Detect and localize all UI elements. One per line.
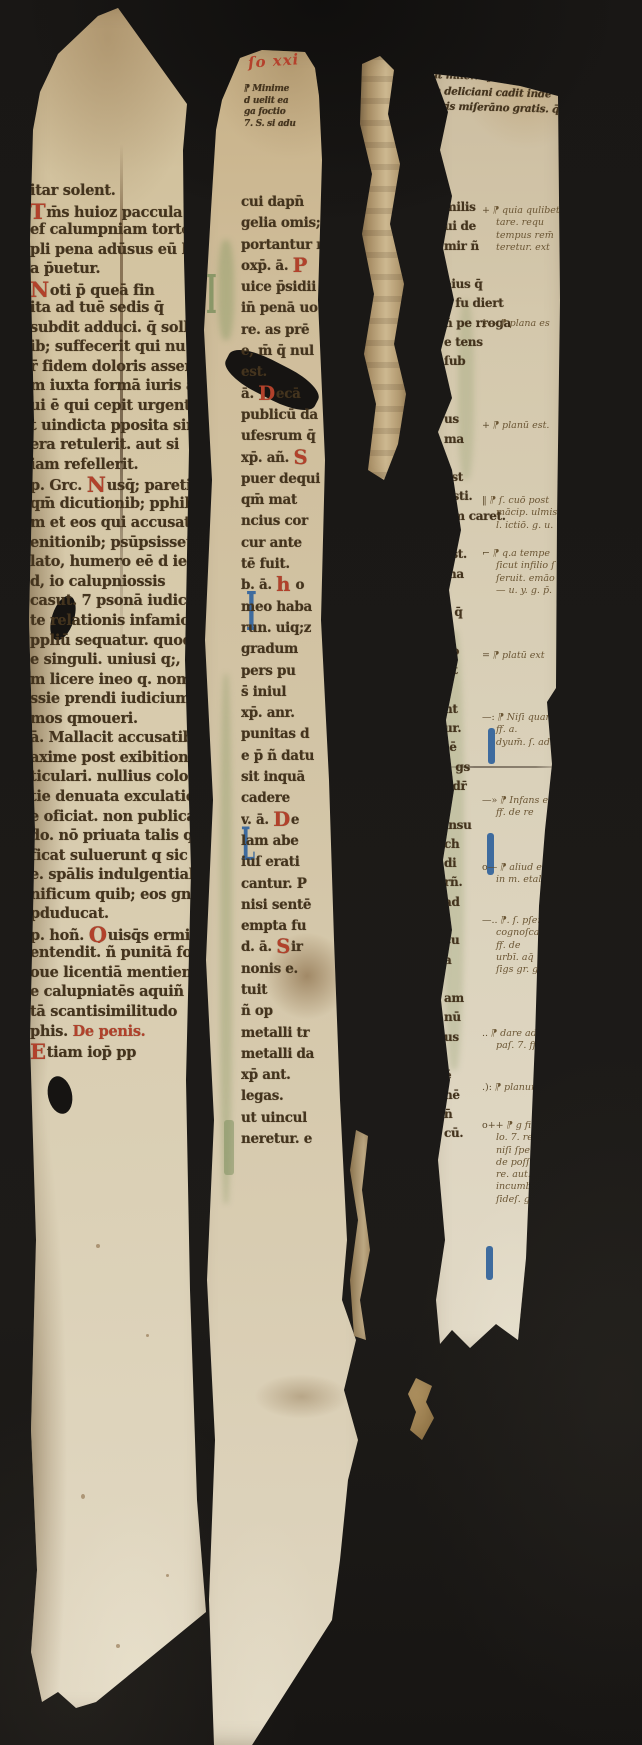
text-line: re. as prē <box>241 320 359 341</box>
red-initial: D <box>258 384 275 405</box>
gloss-text: — u. y. g. p̄. <box>496 585 552 596</box>
text-line: xp̄. anr. <box>241 703 359 724</box>
marginal-gloss: —..⁋. ſ. pſero p̄cognoſcat. a.ff. deurbī… <box>482 915 572 976</box>
gloss-tie-mark: o++ <box>482 1120 504 1131</box>
gloss-line: —:⁋ Niſi quarere <box>482 712 572 724</box>
text-line: ⁋ Minime <box>244 84 336 96</box>
text-line: pers pu <box>241 661 359 682</box>
text-line: pli pena adūsus eū lega <box>30 240 198 260</box>
gloss-line: ff. de <box>482 940 572 952</box>
illuminated-initial-green: I <box>206 268 217 321</box>
ink-text: xp̄. añ. <box>241 450 293 466</box>
tear-hole <box>44 1074 75 1116</box>
left-text-column: itar solent.Tm̄s huioz pacculaef calumpn… <box>30 181 198 1061</box>
text-line: oue licentiā mentien <box>30 963 198 983</box>
gloss-text: ⁋ Niſi quarere <box>498 712 566 723</box>
gloss-line: —»⁋ Infans eui <box>482 795 572 807</box>
text-line: neretur. e <box>241 1129 359 1150</box>
ink-text: b. ā. <box>241 577 276 593</box>
gloss-text: ⁋ planū est. <box>493 420 549 431</box>
marginal-gloss: o—⁋ aliud extrain m. etallum <box>482 862 572 887</box>
marginal-gloss: ‖⁋ ſ. cuō postmācip. ulmisl. ictiō. g. u… <box>482 495 572 532</box>
gloss-line: .):⁋ planum e <box>482 1082 572 1094</box>
faded-stain <box>254 1374 349 1419</box>
text-fragment: ā gs <box>444 758 516 777</box>
gloss-text: incumbuſd: <box>496 1181 551 1192</box>
gloss-tie-mark: o— <box>482 862 497 873</box>
gloss-text: ⁋ dare ade <box>491 1028 542 1039</box>
gloss-text: teretur. ext <box>496 242 550 253</box>
ink-text: ir <box>291 939 303 955</box>
text-line: puer dequi <box>241 469 359 490</box>
gloss-text: ⁋ platū ext <box>493 650 545 661</box>
text-line: qm̄ mat <box>241 490 359 511</box>
gloss-text: ⁋ Infans eui <box>500 795 557 806</box>
text-line: run. uiq;z <box>241 618 359 639</box>
gloss-line: niſi ſpecialit <box>482 1145 572 1157</box>
text-line: e calupniatēs aquiñ <box>30 982 198 1002</box>
text-line: tuit <box>241 980 359 1001</box>
text-line: casut. 7 psonā iudicio <box>30 591 198 611</box>
text-line: cui dapn̄ <box>241 192 359 213</box>
text-line: entendit. ñ punitā for <box>30 943 198 963</box>
ink-text: tiam iop̄ pp <box>47 1044 136 1061</box>
text-line: nonis e. <box>241 959 359 980</box>
text-fragment: ut <box>444 661 516 680</box>
gloss-tie-mark: + <box>482 420 490 431</box>
text-fragment: ad <box>444 893 516 912</box>
text-line: mos qmoueri. <box>30 709 198 729</box>
gloss-text: ⁋ quia qulibet <box>493 205 560 216</box>
gloss-text: paſ. 7. ff. <box>496 1040 539 1051</box>
text-fragment <box>444 449 516 468</box>
text-line: ncius cor <box>241 511 359 532</box>
folio-number: ſo xxi <box>247 50 299 72</box>
gloss-line: ſeruit. emāo <box>482 573 572 585</box>
text-line: ut uincul <box>241 1108 359 1129</box>
text-fragment: e tens <box>444 333 516 352</box>
gloss-tie-mark: ‖ <box>482 495 487 506</box>
red-initial: E <box>30 1041 46 1061</box>
marginal-gloss: —»⁋ Infans euiff. de re <box>482 795 572 820</box>
text-line: xp̄. añ. S <box>241 448 359 469</box>
gloss-line: ..⁋ dare ade <box>482 1028 572 1040</box>
text-line: sit inquā <box>241 767 359 788</box>
text-line: d, io calupniossis <box>30 572 198 592</box>
text-line: phis. De penis. <box>30 1022 198 1042</box>
gloss-text: ⁋ q.a tempe <box>493 548 550 559</box>
ink-text: oti p̄ queā fin <box>50 282 155 299</box>
gloss-line: +⁋ planū est. <box>482 420 572 432</box>
gloss-line: incumbuſd: <box>482 1181 572 1193</box>
text-line: subdit adduci. q̄ soll <box>30 318 198 338</box>
text-line: ficat suluerunt q sic <box>30 846 198 866</box>
marginal-gloss: =⁋ platū ext <box>482 650 572 662</box>
text-line: portantur ni <box>241 235 359 256</box>
gloss-tie-mark: + <box>482 205 490 216</box>
text-line: uice p̄sidii t <box>241 277 359 298</box>
foxing-spot <box>166 1574 169 1577</box>
foxing-spot <box>116 1644 120 1648</box>
text-line: tie denuata exculatio <box>30 787 198 807</box>
text-fragment <box>444 391 516 410</box>
text-line: e oficiat. non publica <box>30 807 198 827</box>
gloss-line: +⁋ quia qulibet <box>482 205 572 217</box>
gloss-tie-mark: .. <box>482 1028 488 1039</box>
gloss-line: dyum̄. ſ. adit <box>482 737 572 749</box>
gloss-text: ſigs gr. g. <box>496 964 541 975</box>
gloss-text: ſicut infilio ſ <box>496 560 555 571</box>
text-line: era retulerit. aut si <box>30 435 198 455</box>
gloss-text: ſeruit. emāo <box>496 573 555 584</box>
foxing-spot <box>96 1244 100 1248</box>
gloss-text: ſideſ. g aliq̄ <box>496 1194 551 1205</box>
ink-text: ecā <box>276 386 301 402</box>
text-line: e singuli. uniusi q;, co <box>30 650 198 670</box>
gloss-text: ff. de <box>496 940 520 951</box>
text-line: ga foctio <box>244 107 336 119</box>
text-line: p. Grc. Nusq̄; pareti <box>30 474 198 494</box>
text-fragment: ndr̄ <box>444 777 516 796</box>
gloss-line: ſideſ. g aliq̄ <box>482 1194 572 1206</box>
gloss-line: o++⁋ g fieri noñ <box>482 1120 572 1132</box>
text-line: pduducat. <box>30 904 198 924</box>
gloss-line: in m. etallum <box>482 874 572 886</box>
text-line: xp̄ ant. <box>241 1065 359 1086</box>
red-initial: N <box>87 474 106 494</box>
green-paraph-mark <box>224 1120 234 1175</box>
marginal-gloss: .):⁋ planum e <box>482 1082 572 1094</box>
text-line: empta fu <box>241 916 359 937</box>
gloss-tie-mark: }— <box>482 318 498 329</box>
red-initial: P <box>293 256 307 277</box>
gloss-tie-mark: —: <box>482 712 495 723</box>
ink-text: ā. <box>241 386 258 402</box>
text-fragment: nū <box>444 1008 516 1027</box>
parchment-flap <box>354 54 412 484</box>
text-fragment: eius q̄ <box>444 275 516 294</box>
text-fragment <box>444 623 516 642</box>
gloss-text: ⁋ g fieri noñ <box>507 1120 566 1131</box>
text-line: e. spālis indulgential <box>30 865 198 885</box>
text-line: do. nō priuata talis q <box>30 826 198 846</box>
green-wash <box>218 240 234 340</box>
text-line: ufesrum q̄ <box>241 426 359 447</box>
red-initial: N <box>30 279 49 299</box>
ink-text: v. ā. <box>241 812 273 828</box>
gloss-line: tare. requ <box>482 217 572 229</box>
text-line: d. ā. Sir <box>241 937 359 958</box>
ink-text: o <box>291 577 304 593</box>
gloss-text: ff. a. <box>496 724 517 735</box>
text-line: axime post exibitione <box>30 748 198 768</box>
gloss-text: niſi ſpecialit <box>496 1145 554 1156</box>
parchment-strip-right: nt mlier. xy. nan dm̄ deliciani cadit in… <box>428 60 568 1355</box>
gloss-line: ⌐⁋ q.a tempe <box>482 548 572 560</box>
text-line: s̄ iniul <box>241 682 359 703</box>
red-initial: S <box>293 448 307 469</box>
top-cursive-note: nt mlier. xy. nan dm̄ deliciani cadit in… <box>429 68 570 118</box>
gloss-line: —..⁋. ſ. pſero p̄ <box>482 915 572 927</box>
gloss-tie-mark: ⌐ <box>482 548 490 559</box>
middle-text-column: cui dapn̄gelia omis;portantur nioxp̄. ā.… <box>241 192 359 1150</box>
text-line: te relationis infamio <box>30 611 198 631</box>
gloss-text: ⁋ ſ. cuō post <box>490 495 549 506</box>
text-line: est. <box>241 362 359 383</box>
parchment-strip-middle: ſo xxi ⁋ Minimed uelit eaga foctio7. S. … <box>194 44 370 1745</box>
top-annotation: ⁋ Minimed uelit eaga foctio7. S. si adu <box>244 84 336 130</box>
text-line: cur ante <box>241 533 359 554</box>
marginal-gloss: —:⁋ Niſi quarereff. a.dyum̄. ſ. adit <box>482 712 572 749</box>
gloss-line: teretur. ext <box>482 242 572 254</box>
red-initial: Q <box>89 924 107 944</box>
gloss-line: paſ. 7. ff. <box>482 1040 572 1052</box>
ink-text: phis. <box>30 1023 73 1040</box>
gloss-tie-mark: —» <box>482 795 497 806</box>
blue-paraph-mark <box>486 1246 493 1280</box>
text-line: ui ē qui cepit urgent <box>30 396 198 416</box>
text-line: nificum quib; eos gnāle <box>30 885 198 905</box>
text-line: ticulari. nullius colore <box>30 767 198 787</box>
text-fragment: s q̄ <box>444 603 516 622</box>
gloss-line: o—⁋ aliud extra <box>482 862 572 874</box>
ink-text: d. ā. <box>241 939 276 955</box>
manuscript-photo: itar solent.Tm̄s huioz pacculaef calumpn… <box>0 0 642 1745</box>
text-line: ā. Decā <box>241 384 359 405</box>
ink-text: e <box>291 812 299 828</box>
text-line: tē fuit. <box>241 554 359 575</box>
text-line: punitas d <box>241 724 359 745</box>
gloss-text: ⁋ aliud extra <box>500 862 561 873</box>
text-line: ñ op <box>241 1001 359 1022</box>
gloss-line: ſicut infilio ſ <box>482 560 572 572</box>
ink-text: m̄s huioz paccula <box>46 204 182 221</box>
gloss-text: urbī. aq̄ <box>496 952 534 963</box>
right-fragment-column: milisui demir ñeius q̄ā fu diertn̄ pe rr… <box>444 198 516 1144</box>
text-line: metalli tr <box>241 1023 359 1044</box>
text-line: v. ā. De <box>241 810 359 831</box>
text-line: 7. S. si adu <box>244 119 336 131</box>
text-line: a p̄uetur. <box>30 259 198 279</box>
text-line: t uindicta pposita sir <box>30 416 198 436</box>
gloss-tie-mark: = <box>482 650 490 661</box>
gloss-text: ⁋ plana es <box>501 318 550 329</box>
text-line: qm̄ dicutionib; pphib <box>30 494 198 514</box>
text-line: nisi sentē <box>241 895 359 916</box>
gloss-line: =⁋ platū ext <box>482 650 572 662</box>
ink-text: uisq̄s ermit <box>108 927 197 944</box>
gloss-text: de poſſut. l. <box>496 1157 552 1168</box>
text-line: m iuxta formā iuris a <box>30 376 198 396</box>
parchment-fragment <box>406 1378 436 1442</box>
text-line: iuſ erati <box>241 852 359 873</box>
text-line: ā. Mallacit accusatib; <box>30 728 198 748</box>
gloss-text: ⁋ planum e <box>495 1082 549 1093</box>
text-line: enitionib; psūpsisset <box>30 533 198 553</box>
text-line: gradum <box>241 639 359 660</box>
marginal-gloss: +⁋ planū est. <box>482 420 572 432</box>
text-line: tā scantisimilitudo <box>30 1002 198 1022</box>
text-fragment: ch <box>444 835 516 854</box>
gloss-line: tempus rem̄ <box>482 230 572 242</box>
gloss-line: ‖⁋ ſ. cuō post <box>482 495 572 507</box>
text-line: e, m̄ q̄ nul <box>241 341 359 362</box>
text-fragment: am <box>444 989 516 1008</box>
foxing-spot <box>81 1494 85 1499</box>
text-line: r̄ fidem doloris assere <box>30 357 198 377</box>
text-fragment: ſub <box>444 352 516 371</box>
text-fragment: ā fu diert <box>444 294 516 313</box>
text-line: m licere ineo q. nom <box>30 670 198 690</box>
text-fragment: est <box>444 468 516 487</box>
gloss-line: l. ictiō. g. u. <box>482 520 572 532</box>
text-line: Noti p̄ queā fin <box>30 279 198 299</box>
red-initial: S <box>276 937 290 958</box>
text-line: ppliū sequatur. quod <box>30 631 198 651</box>
gloss-line: urbī. aq̄ <box>482 952 572 964</box>
parchment-strip-left: itar solent.Tm̄s huioz pacculaef calumpn… <box>26 4 208 1716</box>
text-line: legas. <box>241 1086 359 1107</box>
text-line: Tm̄s huioz paccula <box>30 201 198 221</box>
text-fragment <box>444 680 516 699</box>
text-line: b. ā. h o <box>241 575 359 596</box>
red-initial: T <box>30 201 45 221</box>
gloss-text: ff. de re <box>496 807 534 818</box>
text-line: ef calumpniam tortore <box>30 220 198 240</box>
text-line: ita ad tuē sedis q̄ <box>30 298 198 318</box>
gloss-text: ⁋. ſ. pſero p̄ <box>501 915 557 926</box>
rubric-text: De penis. <box>73 1023 146 1040</box>
text-line: metalli da <box>241 1044 359 1065</box>
text-line: ib; suffecerit qui nu <box>30 337 198 357</box>
text-line: cantur. P <box>241 874 359 895</box>
text-line: gelia omis; <box>241 213 359 234</box>
marginal-gloss: ..⁋ dare adepaſ. 7. ff. <box>482 1028 572 1053</box>
gloss-line: mācip. ulmis <box>482 507 572 519</box>
gloss-text: in m. etallum <box>496 874 560 885</box>
text-line: p. hoñ. Quisq̄s ermit <box>30 924 198 944</box>
text-line: teris miſerāno gratis. q̄ a <box>429 99 569 118</box>
gloss-line: de poſſut. l. <box>482 1157 572 1169</box>
gloss-line: ff. de re <box>482 807 572 819</box>
gloss-line: re. aut. <box>482 1169 572 1181</box>
text-line: cadere <box>241 788 359 809</box>
text-fragment: ma <box>444 430 516 449</box>
text-line: e p̄ ñ datu <box>241 746 359 767</box>
text-line: itar solent. <box>30 181 198 201</box>
red-initial: D <box>273 810 290 831</box>
text-fragment <box>444 372 516 391</box>
gloss-text: dyum̄. ſ. adit <box>496 737 557 748</box>
marginal-gloss: o++⁋ g fieri noñlo. 7. reniſi ſpecialitd… <box>482 1120 572 1206</box>
text-line: lam abe <box>241 831 359 852</box>
ink-text: p. Grc. <box>30 477 87 494</box>
text-line: lato, humero eē d ie <box>30 552 198 572</box>
gloss-line: — u. y. g. p̄. <box>482 585 572 597</box>
foxing-spot <box>146 1334 149 1337</box>
marginal-gloss: }—⁋ plana es <box>482 318 572 330</box>
gloss-tie-mark: .): <box>482 1082 492 1093</box>
gloss-text: lo. 7. re <box>496 1132 533 1143</box>
gloss-line: }—⁋ plana es <box>482 318 572 330</box>
text-line: d uelit ea <box>244 96 336 108</box>
ink-text: usq̄; pareti <box>107 477 192 494</box>
gloss-tie-mark: —.. <box>482 915 498 926</box>
gloss-text: tempus rem̄ <box>496 230 554 241</box>
text-line: ssie prendi iudicium a <box>30 689 198 709</box>
gloss-text: l. ictiō. g. u. <box>496 520 553 531</box>
text-line: m et eos qui accusatio <box>30 513 198 533</box>
marginal-gloss: +⁋ quia qulibettare. requtempus rem̄tere… <box>482 205 572 254</box>
text-line: publicū da <box>241 405 359 426</box>
gloss-text: tare. requ <box>496 217 544 228</box>
text-line: in̄ penā uo ri <box>241 298 359 319</box>
parchment-sliver <box>348 1130 374 1340</box>
gloss-text: cognoſcat. a. <box>496 927 558 938</box>
red-initial: h <box>276 575 290 596</box>
gloss-line: ff. a. <box>482 724 572 736</box>
marginal-gloss: ⌐⁋ q.a tempeſicut infilio ſſeruit. emāo—… <box>482 548 572 597</box>
text-line: iam refellerit. <box>30 455 198 475</box>
ink-text: oxp̄. ā. <box>241 258 293 274</box>
gloss-text: mācip. ulmis <box>496 507 557 518</box>
gloss-line: ſigs gr. g. <box>482 964 572 976</box>
ink-text: p. hoñ. <box>30 927 89 944</box>
text-fragment <box>444 256 516 275</box>
text-line: oxp̄. ā. P <box>241 256 359 277</box>
text-line: Etiam iop̄ pp <box>30 1041 198 1061</box>
gloss-line: lo. 7. re <box>482 1132 572 1144</box>
text-line: meo haba <box>241 597 359 618</box>
gloss-text: re. aut. <box>496 1169 531 1180</box>
gloss-line: cognoſcat. a. <box>482 927 572 939</box>
